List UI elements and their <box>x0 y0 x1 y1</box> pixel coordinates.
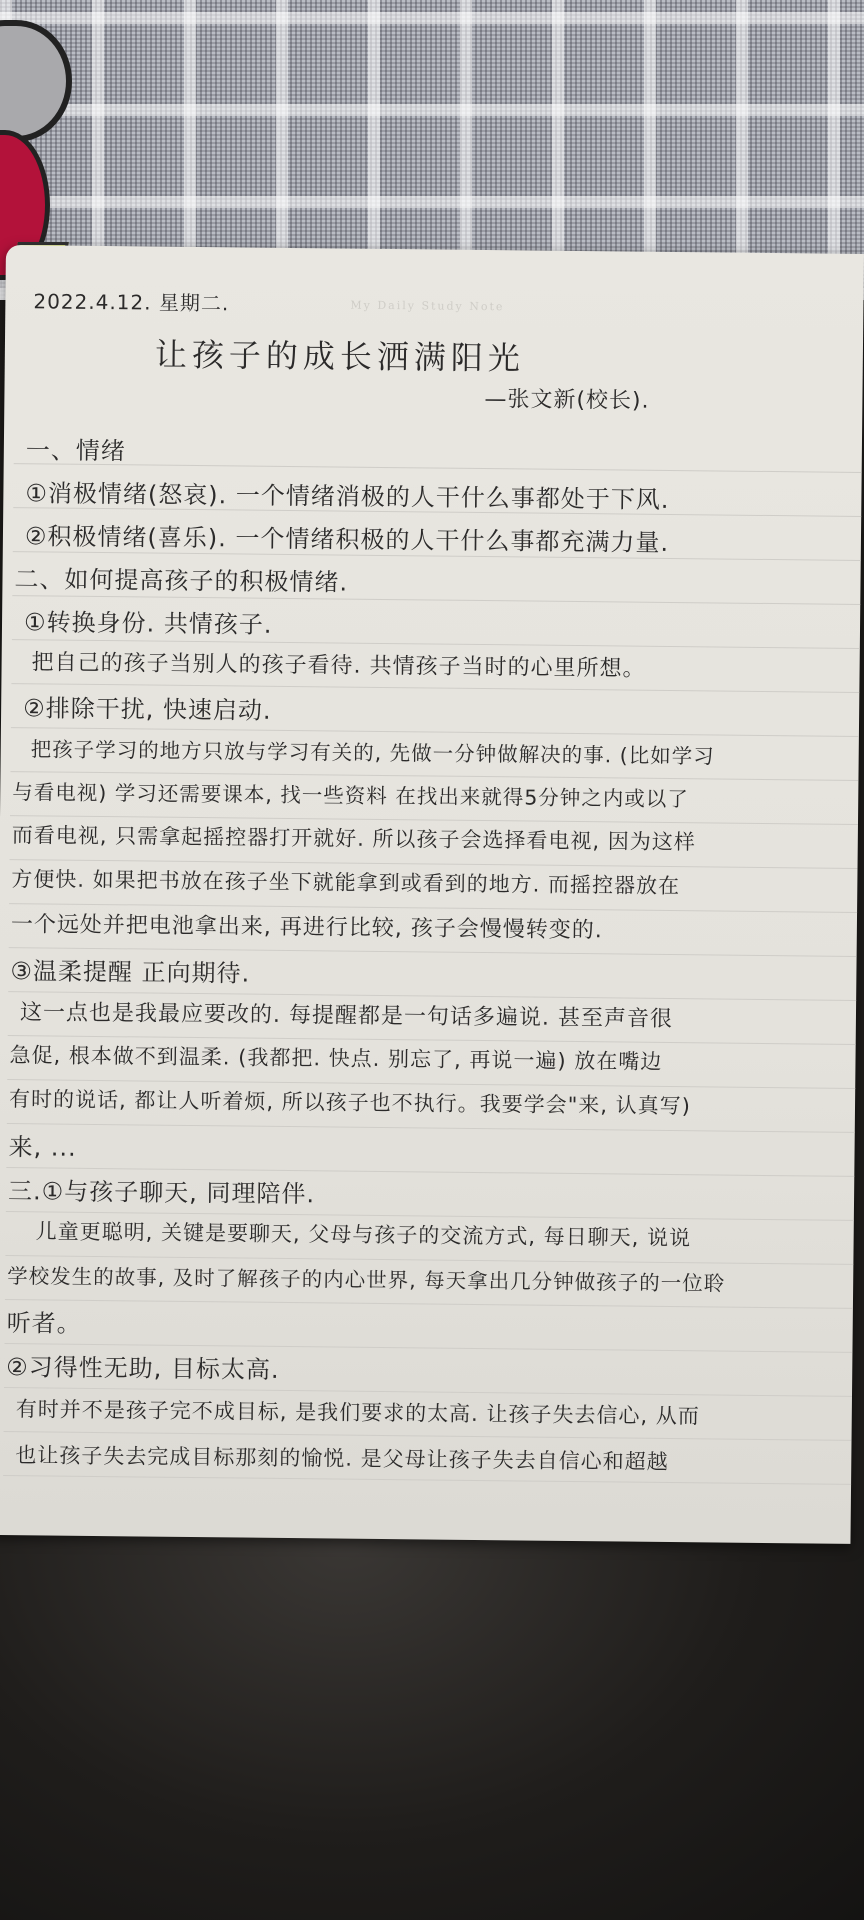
author: —张文新(校长). <box>484 382 649 415</box>
cartoon-head <box>0 20 72 142</box>
text-line: 也让孩子失去完成目标那刻的愉悦. 是父母让孩子失去自信心和超越 <box>15 1439 669 1476</box>
subheading-line: ②习得性无助, 目标太高. <box>6 1347 280 1385</box>
text-line: ①消极情绪(怒哀). 一个情绪消极的人干什么事都处于下风. <box>25 473 669 515</box>
subheading-line: ②排除干扰, 快速启动. <box>23 688 272 726</box>
notebook-page: My Daily Study Note 2022.4.12. 星期二. 让孩子的… <box>0 245 864 1544</box>
text-line: 一个远处并把电池拿出来, 再进行比较, 孩子会慢慢转变的. <box>11 907 603 944</box>
text-line: 方便快. 如果把书放在孩子坐下就能拿到或看到的地方. 而摇控器放在 <box>11 863 680 900</box>
text-line: 学校发生的故事, 及时了解孩子的内心世界, 每天拿出几分钟做孩子的一位聆 <box>7 1259 725 1297</box>
heading-line: 二、如何提高孩子的积极情绪. <box>14 559 348 597</box>
text-line: 把孩子学习的地方只放与学习有关的, 先做一分钟做解决的事. (比如学习 <box>31 732 715 769</box>
dark-surface <box>0 1500 864 1920</box>
ruled-line <box>3 1475 851 1485</box>
subheading-line: ③温柔提醒 正向期待. <box>10 951 250 989</box>
entry-date: 2022.4.12. 星期二. <box>33 285 229 316</box>
text-line: 急促, 根本做不到温柔. (我都把. 快点. 别忘了, 再说一遍) 放在嘴边 <box>9 1039 662 1076</box>
page-title: 让孩子的成长洒满阳光 <box>155 330 525 380</box>
ruled-line <box>7 1123 855 1133</box>
text-line: 这一点也是我最应要改的. 每提醒都是一句话多遍说. 甚至声音很 <box>20 995 673 1033</box>
text-line: 有时并不是孩子完不成目标, 是我们要求的太高. 让孩子失去信心, 从而 <box>16 1393 700 1430</box>
text-line: 儿童更聪明, 关键是要聊天, 父母与孩子的交流方式, 每日聊天, 说说 <box>36 1215 692 1252</box>
heading-line: 一、情绪 <box>26 430 126 466</box>
printed-header: My Daily Study Note <box>350 299 504 314</box>
text-line: 把自己的孩子当别人的孩子看待. 共情孩子当时的心里所想。 <box>31 645 645 682</box>
text-line: ②积极情绪(喜乐). 一个情绪积极的人干什么事都充满力量. <box>25 516 669 558</box>
text-line: 与看电视) 学习还需要课本, 找一些资料 在找出来就得5分钟之内或以了 <box>12 775 689 812</box>
text-line: 来, ... <box>8 1127 77 1163</box>
heading-line: 三.①与孩子聊天, 同理陪伴. <box>8 1171 315 1209</box>
subheading-line: ①转换身份. 共情孩子. <box>24 602 273 640</box>
text-line: 有时的说话, 都让人听着烦, 所以孩子也不执行。我要学会"来, 认真写) <box>9 1083 691 1120</box>
text-line: 听者。 <box>7 1303 82 1339</box>
ruled-line <box>5 1299 853 1309</box>
text-line: 而看电视, 只需拿起摇控器打开就好. 所以孩子会选择看电视, 因为这样 <box>12 819 696 856</box>
cartoon-print-fragment <box>0 20 80 270</box>
ruled-line <box>14 463 862 473</box>
